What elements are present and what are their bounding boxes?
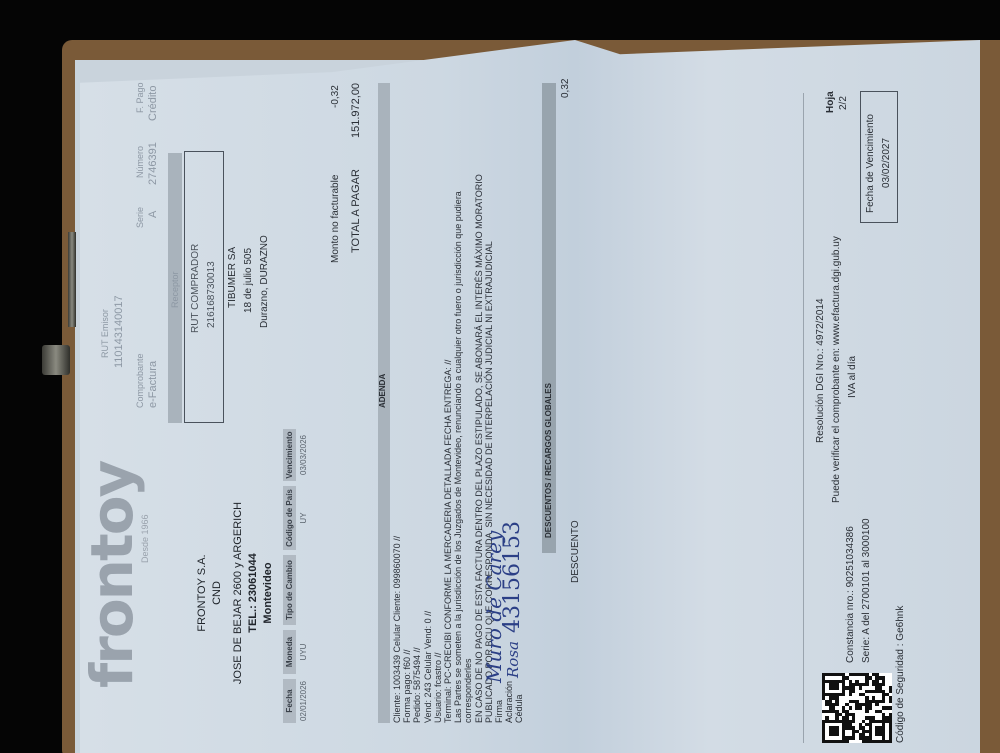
issuer-phone: TEL.: 23061044 bbox=[246, 453, 261, 733]
details-value-cell: 02/01/2026 bbox=[296, 679, 308, 723]
vencimiento-value: 03/02/2027 bbox=[881, 138, 892, 188]
rut-emisor-label: RUT Emisor bbox=[100, 309, 111, 358]
cedula-label: Cédula bbox=[514, 694, 525, 723]
codigo-seguridad-text: Código de Seguridad : Ge6hnk bbox=[895, 606, 906, 743]
adenda-line: Pedido: 5875494 // bbox=[412, 174, 422, 723]
tape-strip bbox=[68, 232, 76, 327]
descuento-label: DESCUENTO bbox=[570, 520, 581, 583]
receptor-city: Durazno, DURAZNO bbox=[259, 235, 270, 328]
serie-label: Serie bbox=[135, 207, 146, 228]
issuer-name: FRONTOY S.A. bbox=[195, 453, 210, 733]
details-header-cell: Vencimiento bbox=[283, 429, 296, 481]
invoice-sheet: frontoy Desde 1966 RUT Emisor 1101431400… bbox=[80, 40, 980, 753]
monto-no-facturable-label: Monto no facturable bbox=[330, 175, 341, 263]
resolucion-text: Resolución DGI Nro.: 4972/2014 bbox=[815, 298, 826, 443]
details-header-cell: Tipo de Cambio bbox=[283, 555, 296, 625]
receptor-address: 18 de julio 505 bbox=[243, 248, 254, 313]
adenda-line: Vend: 243 Celular Vend: 0 // bbox=[423, 174, 433, 723]
company-logo: frontoy bbox=[78, 462, 146, 688]
hoja-value: 2/2 bbox=[838, 96, 849, 110]
payment-value: Crédito bbox=[147, 86, 159, 121]
issuer-city: Montevideo bbox=[261, 453, 276, 733]
adenda-line: Usuario: fcastro // bbox=[433, 174, 443, 723]
adenda-line: Forma pago: f60 // bbox=[402, 174, 412, 723]
serie-value: A bbox=[147, 211, 159, 218]
monto-no-facturable-value: -0,32 bbox=[330, 85, 341, 108]
adenda-lines: Cliente: 1003439 Celular Cliente: 099860… bbox=[392, 174, 494, 723]
total-label: TOTAL A PAGAR bbox=[350, 169, 362, 253]
doc-type-label: Comprobante bbox=[135, 353, 146, 408]
descuentos-title: DESCUENTOS / RECARGOS GLOBALES bbox=[544, 383, 553, 538]
details-header-cell: Código de País bbox=[283, 486, 296, 550]
receptor-rut-label: RUT COMPRADOR bbox=[190, 244, 201, 333]
verify-text: Puede verificar el comprobante en: www.e… bbox=[831, 236, 842, 503]
adenda-line: corresponderles bbox=[463, 174, 473, 723]
receptor-rut-value: 216168730013 bbox=[206, 261, 217, 328]
company-logo-tagline: Desde 1966 bbox=[140, 514, 150, 563]
rut-emisor-value: 110143140017 bbox=[113, 295, 125, 368]
number-value: 2746391 bbox=[147, 142, 159, 185]
invoice-document: frontoy Desde 1966 RUT Emisor 1101431400… bbox=[80, 40, 980, 753]
number-label: Número bbox=[135, 146, 146, 178]
adenda-line: Las Partes se someten a la jurisdicción … bbox=[453, 174, 463, 723]
issuer-address: JOSE DE BEJAR 2600 y ARGERICH bbox=[231, 453, 246, 733]
issuer-line2: CND bbox=[210, 453, 225, 733]
serie-range-text: Serie: A del 2700101 al 3000100 bbox=[861, 518, 872, 663]
handwritten-id: 43156153 bbox=[500, 521, 525, 633]
receptor-name: TIBUMER SA bbox=[227, 247, 238, 308]
adenda-line: Cliente: 1003439 Celular Cliente: 099860… bbox=[392, 174, 402, 723]
details-table: FechaMonedaTipo de CambioCódigo de PaísV… bbox=[283, 353, 308, 723]
footer-divider bbox=[803, 93, 804, 743]
details-value-cell: UYU bbox=[296, 630, 308, 674]
doc-type-value: e-Factura bbox=[147, 361, 159, 408]
adenda-line: Terminal: PC-CRECIBI CONFORME LA MERCADE… bbox=[443, 174, 453, 723]
iva-text: IVA al día bbox=[847, 356, 858, 398]
total-value: 151.972,00 bbox=[350, 83, 362, 138]
vencimiento-label: Fecha de Vencimiento bbox=[865, 114, 876, 213]
details-value-cell: UY bbox=[296, 486, 308, 550]
tape-piece bbox=[42, 345, 70, 375]
details-value-cell: 03/03/2026 bbox=[296, 429, 308, 481]
qr-code bbox=[822, 673, 892, 743]
payment-label: F. Pago bbox=[135, 82, 146, 113]
constancia-text: Constancia nro.: 90251034386 bbox=[845, 526, 856, 663]
handwritten-name: Rosa bbox=[504, 641, 522, 678]
descuento-value: 0,32 bbox=[560, 79, 571, 98]
issuer-block: FRONTOY S.A. CND JOSE DE BEJAR 2600 y AR… bbox=[195, 453, 276, 733]
hoja-label: Hoja bbox=[825, 91, 836, 113]
details-value-cell bbox=[296, 555, 308, 625]
receptor-label: Receptor bbox=[170, 271, 181, 308]
adenda-title: ADENDA bbox=[378, 374, 387, 408]
details-header-cell: Fecha bbox=[283, 679, 296, 723]
details-header-cell: Moneda bbox=[283, 630, 296, 674]
